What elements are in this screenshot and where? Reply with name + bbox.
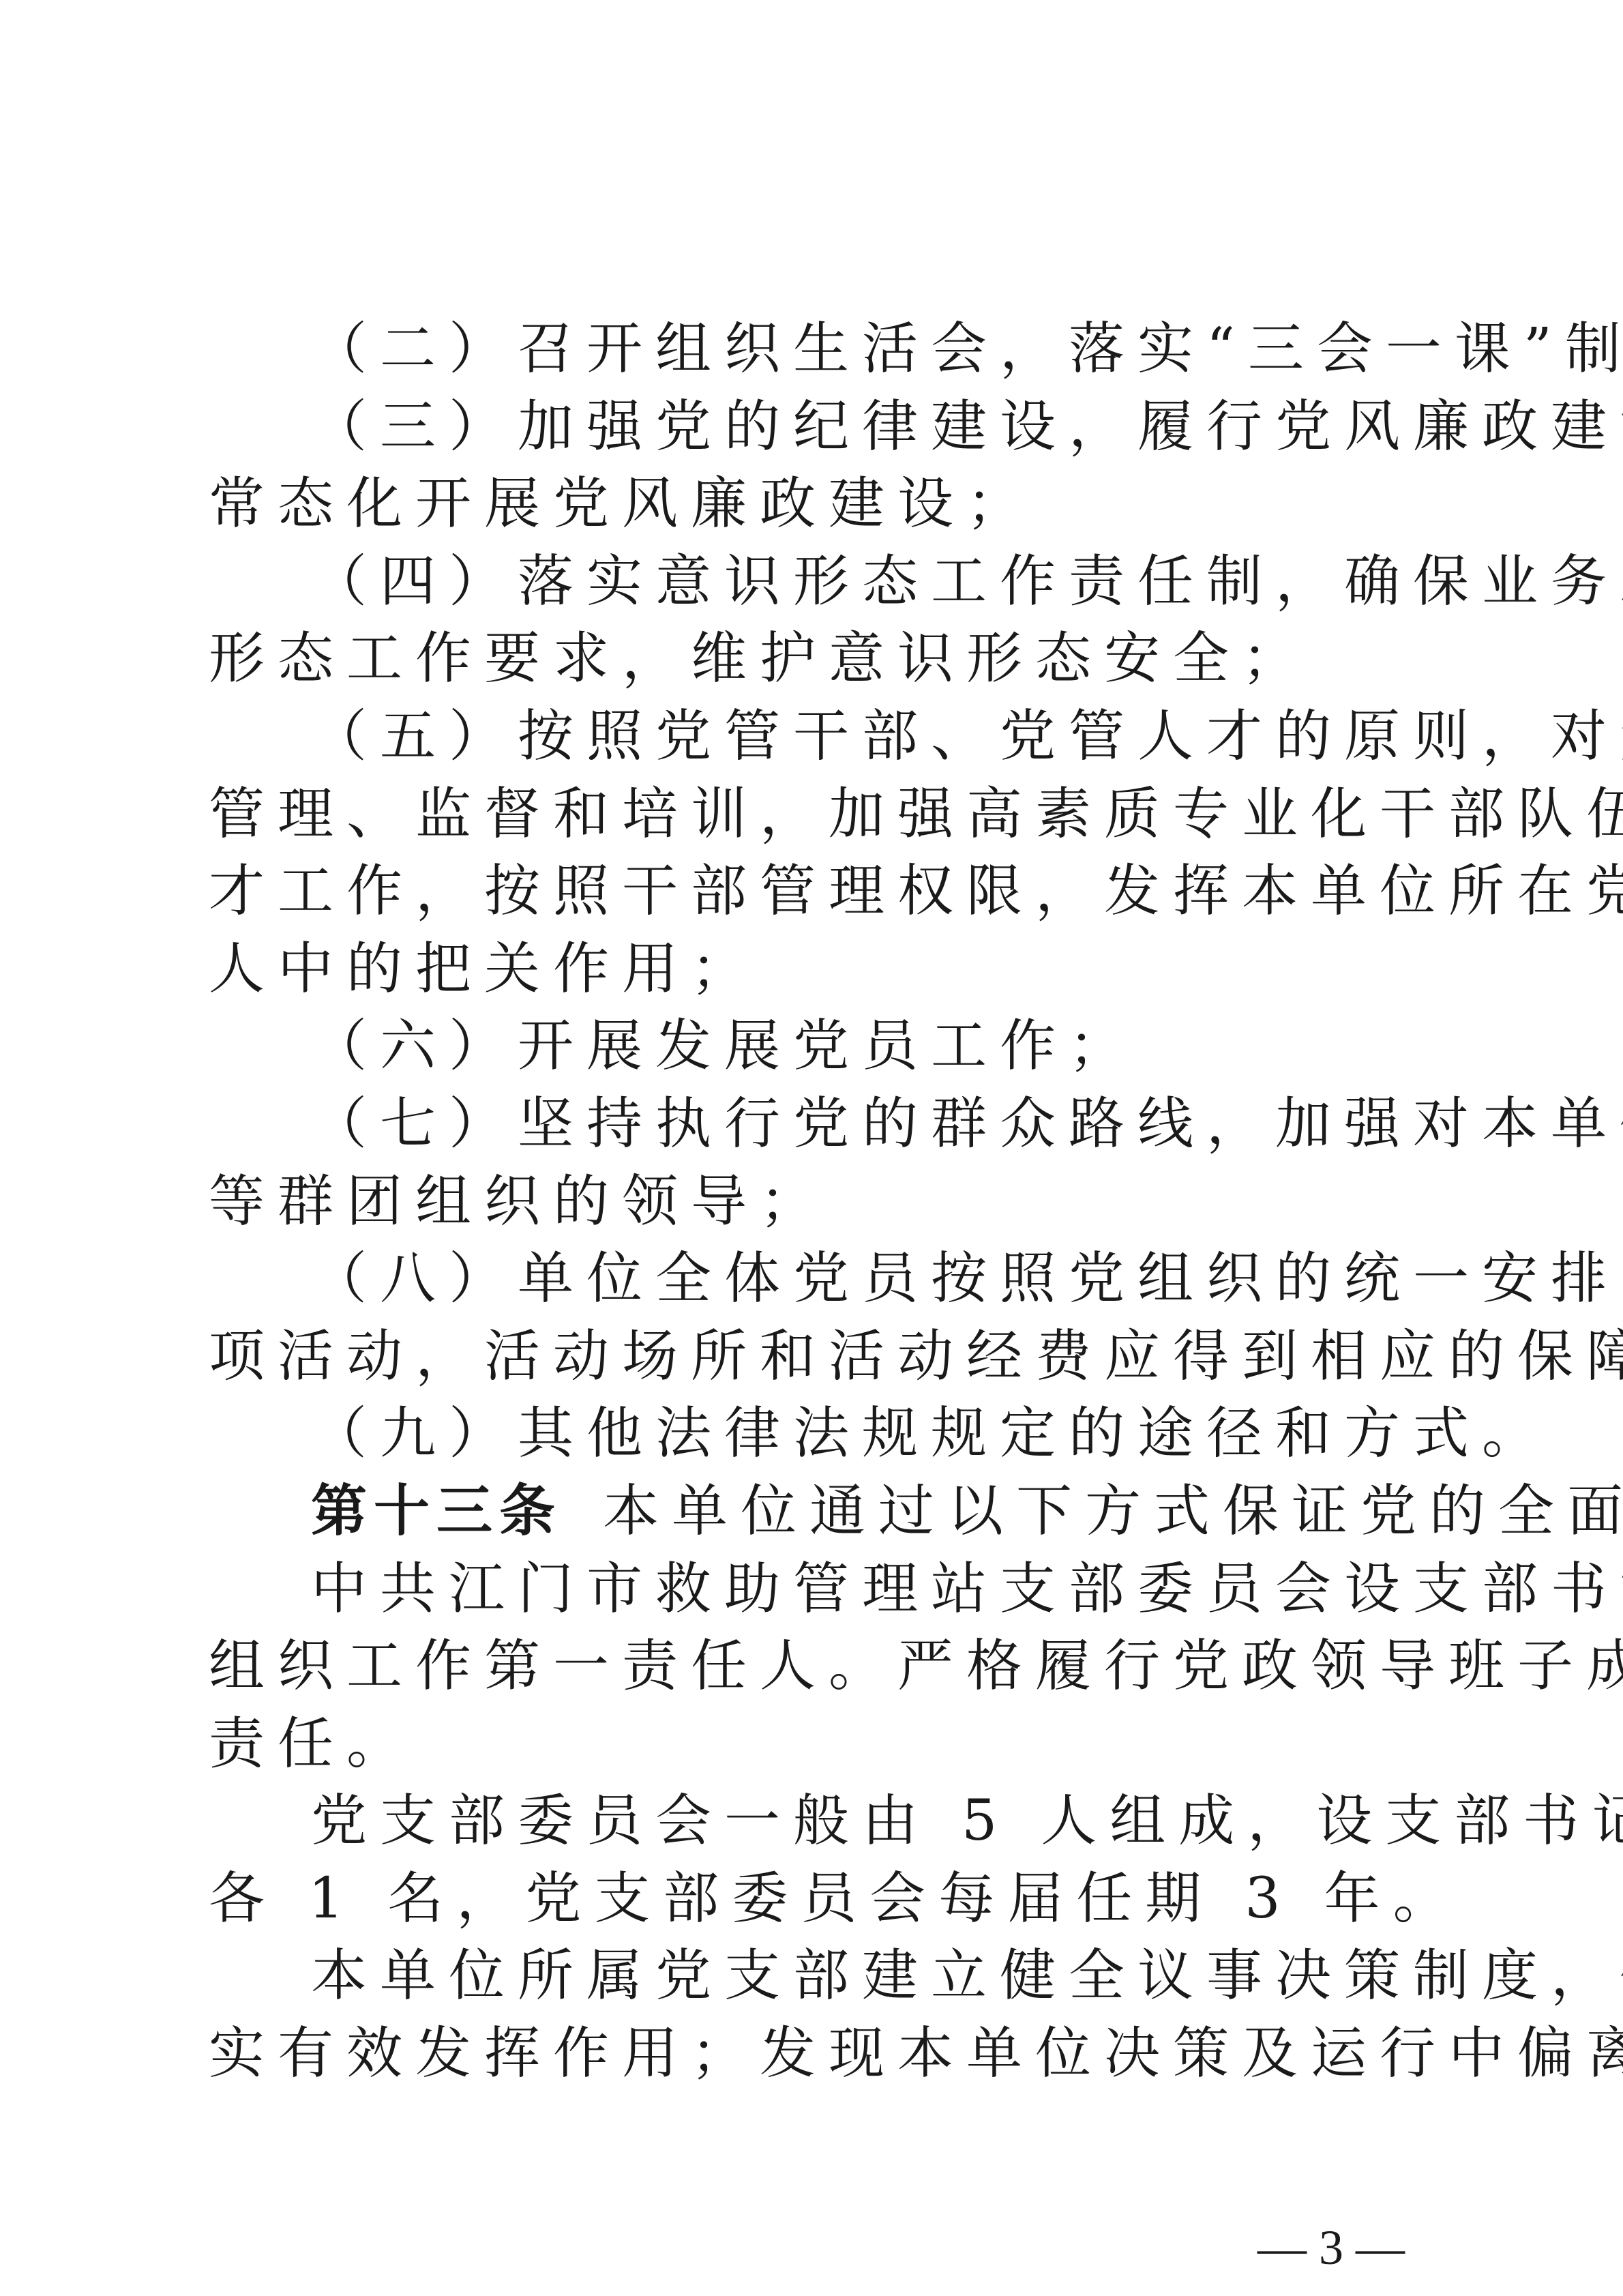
list-item-8-line-1: （八）单位全体党员按照党组织的统一安排，参与党的各	[209, 1240, 1409, 1318]
list-item-4-line-2: 形态工作要求，维护意识形态安全；	[209, 620, 1409, 698]
list-item-7-line-2: 等群团组织的领导；	[209, 1163, 1409, 1241]
list-item-3-line-1: （三）加强党的纪律建设，履行党风廉政建设主体责任，	[209, 388, 1409, 466]
paragraph-secretary-line-2: 组织工作第一责任人。严格履行党政领导班子成员“一岗双责”	[209, 1628, 1409, 1705]
paragraph-committee-line-2: 各 1 名，党支部委员会每届任期 3 年。	[209, 1860, 1409, 1938]
article-13-intro: 本单位通过以下方式保证党的全面领导：	[603, 1479, 1623, 1544]
paragraph-committee-line-1: 党支部委员会一般由 5 人组成，设支部书记，支部副书记	[209, 1782, 1409, 1860]
paragraph-decision-line-1: 本单位所属党支部建立健全议事决策制度，保证党组织切	[209, 1937, 1409, 2015]
list-item-4-line-1: （四）落实意识形态工作责任制，确保业务工作体现意识	[209, 543, 1409, 621]
article-heading: 第十三条	[311, 1478, 562, 1544]
paragraph-secretary-line-3: 责任。	[209, 1705, 1409, 1783]
list-item-5-line-3: 才工作，按照干部管理权限，发挥本单位所在党组织在选人用	[209, 853, 1409, 930]
list-item-6: （六）开展发展党员工作；	[209, 1007, 1409, 1085]
list-item-2: （二）召开组织生活会，落实“三会一课”制度；	[209, 310, 1409, 388]
article-13-heading-line: 第十三条本单位通过以下方式保证党的全面领导：	[209, 1473, 1409, 1550]
paragraph-secretary-line-1: 中共江门市救助管理站支部委员会设支部书记 1 名，是党	[209, 1550, 1409, 1628]
list-item-8-line-2: 项活动，活动场所和活动经费应得到相应的保障；	[209, 1318, 1409, 1396]
list-item-7-line-1: （七）坚持执行党的群众路线，加强对本单位工、青、妇	[209, 1085, 1409, 1163]
list-item-5-line-1: （五）按照党管干部、党管人才的原则，对党员进行教育、	[209, 698, 1409, 776]
paragraph-decision-line-2: 实有效发挥作用；发现本单位决策及运行中偏离改革发展正确	[209, 2015, 1409, 2093]
list-item-5-line-4: 人中的把关作用；	[209, 930, 1409, 1008]
list-item-5-line-2: 管理、监督和培训，加强高素质专业化干部队伍建设，做好人	[209, 776, 1409, 853]
list-item-9: （九）其他法律法规规定的途径和方式。	[209, 1395, 1409, 1473]
document-body: （二）召开组织生活会，落实“三会一课”制度； （三）加强党的纪律建设，履行党风廉…	[209, 310, 1409, 2093]
document-page: （二）召开组织生活会，落实“三会一课”制度； （三）加强党的纪律建设，履行党风廉…	[0, 0, 1623, 2296]
list-item-3-line-2: 常态化开展党风廉政建设；	[209, 465, 1409, 543]
page-number: — 3 —	[1241, 2220, 1405, 2275]
